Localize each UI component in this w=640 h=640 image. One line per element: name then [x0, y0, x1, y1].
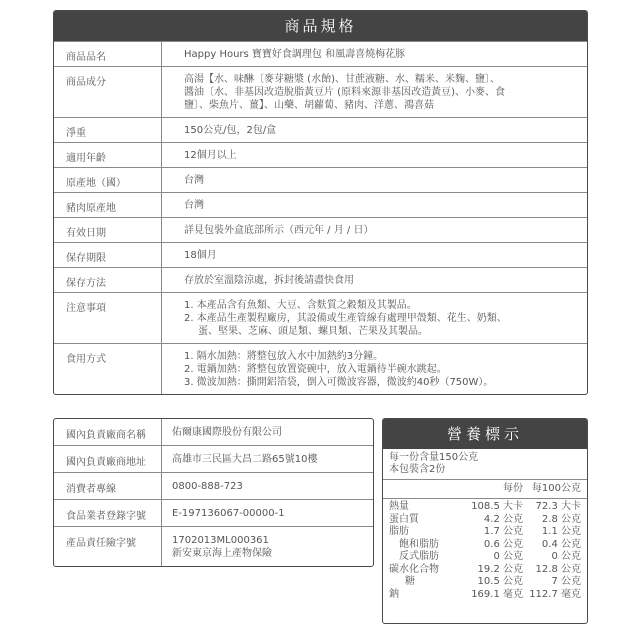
- nutrient-name: 反式脂肪: [389, 551, 463, 564]
- nutrient-per-100g: 7 公克: [523, 576, 581, 589]
- nutrition-column-headers: 每份 每100公克: [383, 480, 587, 499]
- spec-row-shelf-life: 保存期限 18個月: [54, 242, 587, 267]
- spec-row-notes: 注意事項 1. 本產品含有魚類、大豆、含麩質之穀類及其製品。 2. 本產品生產製…: [54, 292, 587, 343]
- vendor-row-registration: 食品業者登錄字號 E-197136067-00000-1: [54, 499, 373, 526]
- vendor-label: 食品業者登錄字號: [54, 500, 162, 526]
- spec-value-line: 高湯【水、味醂〔麥芽糖漿 (水飴)、甘蔗液糖、水、糯米、米麴、鹽〕、: [184, 73, 579, 86]
- nutrient-per-serving: 169.1 毫克: [463, 589, 523, 602]
- vendor-value: 0800-888-723: [162, 473, 373, 499]
- vendor-value-line: 高雄市三民區大昌二路65號10樓: [172, 453, 365, 466]
- vendor-row-name: 國內負責廠商名稱 佑爾康國際股份有限公司: [54, 419, 373, 445]
- spec-label: 保存期限: [54, 243, 162, 267]
- spec-value-line: 蛋、堅果、芝麻、頭足類、螺貝類、芒果及其製品。: [184, 325, 579, 338]
- vendor-label: 國內負責廠商名稱: [54, 419, 162, 445]
- spec-label: 有效日期: [54, 218, 162, 242]
- vendor-label: 產品責任險字號: [54, 527, 162, 566]
- spec-value: 150公克/包，2包/盒: [162, 118, 587, 142]
- spec-label: 保存方法: [54, 268, 162, 292]
- nutrient-per-serving: 4.2 公克: [463, 514, 523, 527]
- spec-row-net-weight: 淨重 150公克/包，2包/盒: [54, 117, 587, 142]
- spec-label: 注意事項: [54, 293, 162, 343]
- nutrient-name: 脂肪: [389, 526, 463, 539]
- nutrient-per-100g: 72.3 大卡: [523, 501, 581, 514]
- vendor-value-line: 新安東京海上產物保險: [172, 547, 365, 560]
- spec-value-line: 1. 隔水加熱：將整包放入水中加熱約3分鐘。: [184, 350, 579, 363]
- vendor-value: 高雄市三民區大昌二路65號10樓: [162, 446, 373, 472]
- spec-label: 原產地（國）: [54, 168, 162, 192]
- spec-value-line: 2. 電鍋加熱：將整包放置瓷碗中，放入電鍋待半碗水跳起。: [184, 363, 579, 376]
- nutrient-name: 飽和脂肪: [389, 539, 463, 552]
- nutrient-row-carbohydrate: 碳水化合物 19.2 公克 12.8 公克: [389, 564, 581, 577]
- spec-value: 台灣: [162, 193, 587, 217]
- nutrient-row-saturated-fat: 飽和脂肪 0.6 公克 0.4 公克: [389, 539, 581, 552]
- spec-row-pork-origin: 豬肉原產地 台灣: [54, 192, 587, 217]
- nutrient-per-serving: 0 公克: [463, 551, 523, 564]
- nutrient-row-sodium: 鈉 169.1 毫克 112.7 毫克: [389, 589, 581, 602]
- servings-per-pack: 本包裝含2份: [389, 464, 581, 476]
- spec-value: 詳見包裝外盒底部所示（西元年 / 月 / 日）: [162, 218, 587, 242]
- nutrient-row-protein: 蛋白質 4.2 公克 2.8 公克: [389, 514, 581, 527]
- vendor-info-table: 國內負責廠商名稱 佑爾康國際股份有限公司 國內負責廠商地址 高雄市三民區大昌二路…: [53, 418, 374, 567]
- spec-value: 存放於室溫陰涼處，拆封後請盡快食用: [162, 268, 587, 292]
- spec-row-storage: 保存方法 存放於室溫陰涼處，拆封後請盡快食用: [54, 267, 587, 292]
- nutrient-row-sugar: 糖 10.5 公克 7 公克: [389, 576, 581, 589]
- nutrition-title: 營養標示: [383, 419, 587, 449]
- spec-row-age: 適用年齡 12個月以上: [54, 142, 587, 167]
- nutrient-name: 鈉: [389, 589, 463, 602]
- vendor-value-line: 1702013ML000361: [172, 534, 365, 547]
- spec-value-line: 鹽〕、柴魚片、薑】、山藥、胡蘿蔔、豬肉、洋蔥、鴻喜菇: [184, 99, 579, 112]
- spec-label: 淨重: [54, 118, 162, 142]
- vendor-label: 消費者專線: [54, 473, 162, 499]
- nutrient-name: 蛋白質: [389, 514, 463, 527]
- vendor-row-insurance: 產品責任險字號 1702013ML000361 新安東京海上產物保險: [54, 526, 373, 566]
- nutrient-per-100g: 12.8 公克: [523, 564, 581, 577]
- per-serving-column-header: 每份: [463, 482, 523, 496]
- vendor-label: 國內負責廠商地址: [54, 446, 162, 472]
- vendor-value: 佑爾康國際股份有限公司: [162, 419, 373, 445]
- vendor-row-address: 國內負責廠商地址 高雄市三民區大昌二路65號10樓: [54, 445, 373, 472]
- vendor-row-hotline: 消費者專線 0800-888-723: [54, 472, 373, 499]
- spec-value: 1. 隔水加熱：將整包放入水中加熱約3分鐘。 2. 電鍋加熱：將整包放置瓷碗中，…: [162, 344, 587, 394]
- vendor-value: E-197136067-00000-1: [162, 500, 373, 526]
- serving-size: 每一份含量150公克: [389, 452, 581, 464]
- per-100g-column-header: 每100公克: [523, 482, 581, 496]
- spec-label: 食用方式: [54, 344, 162, 394]
- spec-row-usage: 食用方式 1. 隔水加熱：將整包放入水中加熱約3分鐘。 2. 電鍋加熱：將整包放…: [54, 343, 587, 394]
- vendor-value-line: 0800-888-723: [172, 480, 365, 493]
- nutrient-per-serving: 10.5 公克: [463, 576, 523, 589]
- spec-value: 12個月以上: [162, 143, 587, 167]
- nutrient-row-trans-fat: 反式脂肪 0 公克 0 公克: [389, 551, 581, 564]
- nutrient-per-serving: 1.7 公克: [463, 526, 523, 539]
- vendor-value-line: 佑爾康國際股份有限公司: [172, 426, 365, 439]
- spec-label: 商品成分: [54, 67, 162, 117]
- spec-value-line: 150公克/包，2包/盒: [184, 124, 579, 137]
- spec-value-line: 詳見包裝外盒底部所示（西元年 / 月 / 日）: [184, 224, 579, 237]
- spec-value-line: 台灣: [184, 199, 579, 212]
- spec-row-expiry: 有效日期 詳見包裝外盒底部所示（西元年 / 月 / 日）: [54, 217, 587, 242]
- spec-row-origin: 原產地（國） 台灣: [54, 167, 587, 192]
- spec-value-line: 12個月以上: [184, 149, 579, 162]
- spec-value-line: 台灣: [184, 174, 579, 187]
- spec-value: Happy Hours 寶寶好食調理包 和風壽喜燒梅花豚: [162, 42, 587, 66]
- spec-value-line: 存放於室溫陰涼處，拆封後請盡快食用: [184, 274, 579, 287]
- nutrition-rows: 熱量 108.5 大卡 72.3 大卡 蛋白質 4.2 公克 2.8 公克 脂肪…: [383, 499, 587, 601]
- nutrient-per-serving: 0.6 公克: [463, 539, 523, 552]
- nutrient-per-100g: 0.4 公克: [523, 539, 581, 552]
- vendor-value-line: E-197136067-00000-1: [172, 507, 365, 520]
- spec-value: 1. 本產品含有魚類、大豆、含麩質之穀類及其製品。 2. 本產品生產製程廠房，其…: [162, 293, 587, 343]
- nutrition-facts-panel: 營養標示 每一份含量150公克 本包裝含2份 每份 每100公克 熱量 108.…: [382, 418, 588, 624]
- spec-value: 高湯【水、味醂〔麥芽糖漿 (水飴)、甘蔗液糖、水、糯米、米麴、鹽〕、 醬油〔水、…: [162, 67, 587, 117]
- nutrient-per-100g: 1.1 公克: [523, 526, 581, 539]
- nutrient-per-serving: 19.2 公克: [463, 564, 523, 577]
- nutrient-name: 糖: [389, 576, 463, 589]
- spec-value-line: 3. 微波加熱：撕開鋁箔袋，倒入可微波容器，微波約40秒（750W）。: [184, 376, 579, 389]
- nutrient-name: 碳水化合物: [389, 564, 463, 577]
- nutrient-column-header: [389, 482, 463, 496]
- nutrition-serving-info: 每一份含量150公克 本包裝含2份: [383, 449, 587, 480]
- spec-value-line: 1. 本產品含有魚類、大豆、含麩質之穀類及其製品。: [184, 299, 579, 312]
- spec-value: 18個月: [162, 243, 587, 267]
- spec-label: 適用年齡: [54, 143, 162, 167]
- spec-row-ingredients: 商品成分 高湯【水、味醂〔麥芽糖漿 (水飴)、甘蔗液糖、水、糯米、米麴、鹽〕、 …: [54, 66, 587, 117]
- nutrient-name: 熱量: [389, 501, 463, 514]
- spec-value-line: 2. 本產品生產製程廠房，其設備或生產管線有處理甲殼類、花生、奶類、: [184, 312, 579, 325]
- spec-row-product-name: 商品品名 Happy Hours 寶寶好食調理包 和風壽喜燒梅花豚: [54, 41, 587, 66]
- spec-value-line: Happy Hours 寶寶好食調理包 和風壽喜燒梅花豚: [184, 48, 579, 61]
- spec-value-line: 醬油〔水、非基因改造脫脂黃豆片 (原料來源非基因改造黃豆)、小麥、食: [184, 86, 579, 99]
- nutrient-per-100g: 2.8 公克: [523, 514, 581, 527]
- nutrient-row-fat: 脂肪 1.7 公克 1.1 公克: [389, 526, 581, 539]
- spec-title: 商品規格: [54, 11, 587, 41]
- spec-value: 台灣: [162, 168, 587, 192]
- product-spec-table: 商品規格 商品品名 Happy Hours 寶寶好食調理包 和風壽喜燒梅花豚 商…: [53, 10, 588, 395]
- spec-label: 商品品名: [54, 42, 162, 66]
- spec-value-line: 18個月: [184, 249, 579, 262]
- nutrient-per-100g: 112.7 毫克: [523, 589, 581, 602]
- vendor-value: 1702013ML000361 新安東京海上產物保險: [162, 527, 373, 566]
- nutrient-per-100g: 0 公克: [523, 551, 581, 564]
- nutrient-row-calories: 熱量 108.5 大卡 72.3 大卡: [389, 501, 581, 514]
- spec-label: 豬肉原產地: [54, 193, 162, 217]
- nutrient-per-serving: 108.5 大卡: [463, 501, 523, 514]
